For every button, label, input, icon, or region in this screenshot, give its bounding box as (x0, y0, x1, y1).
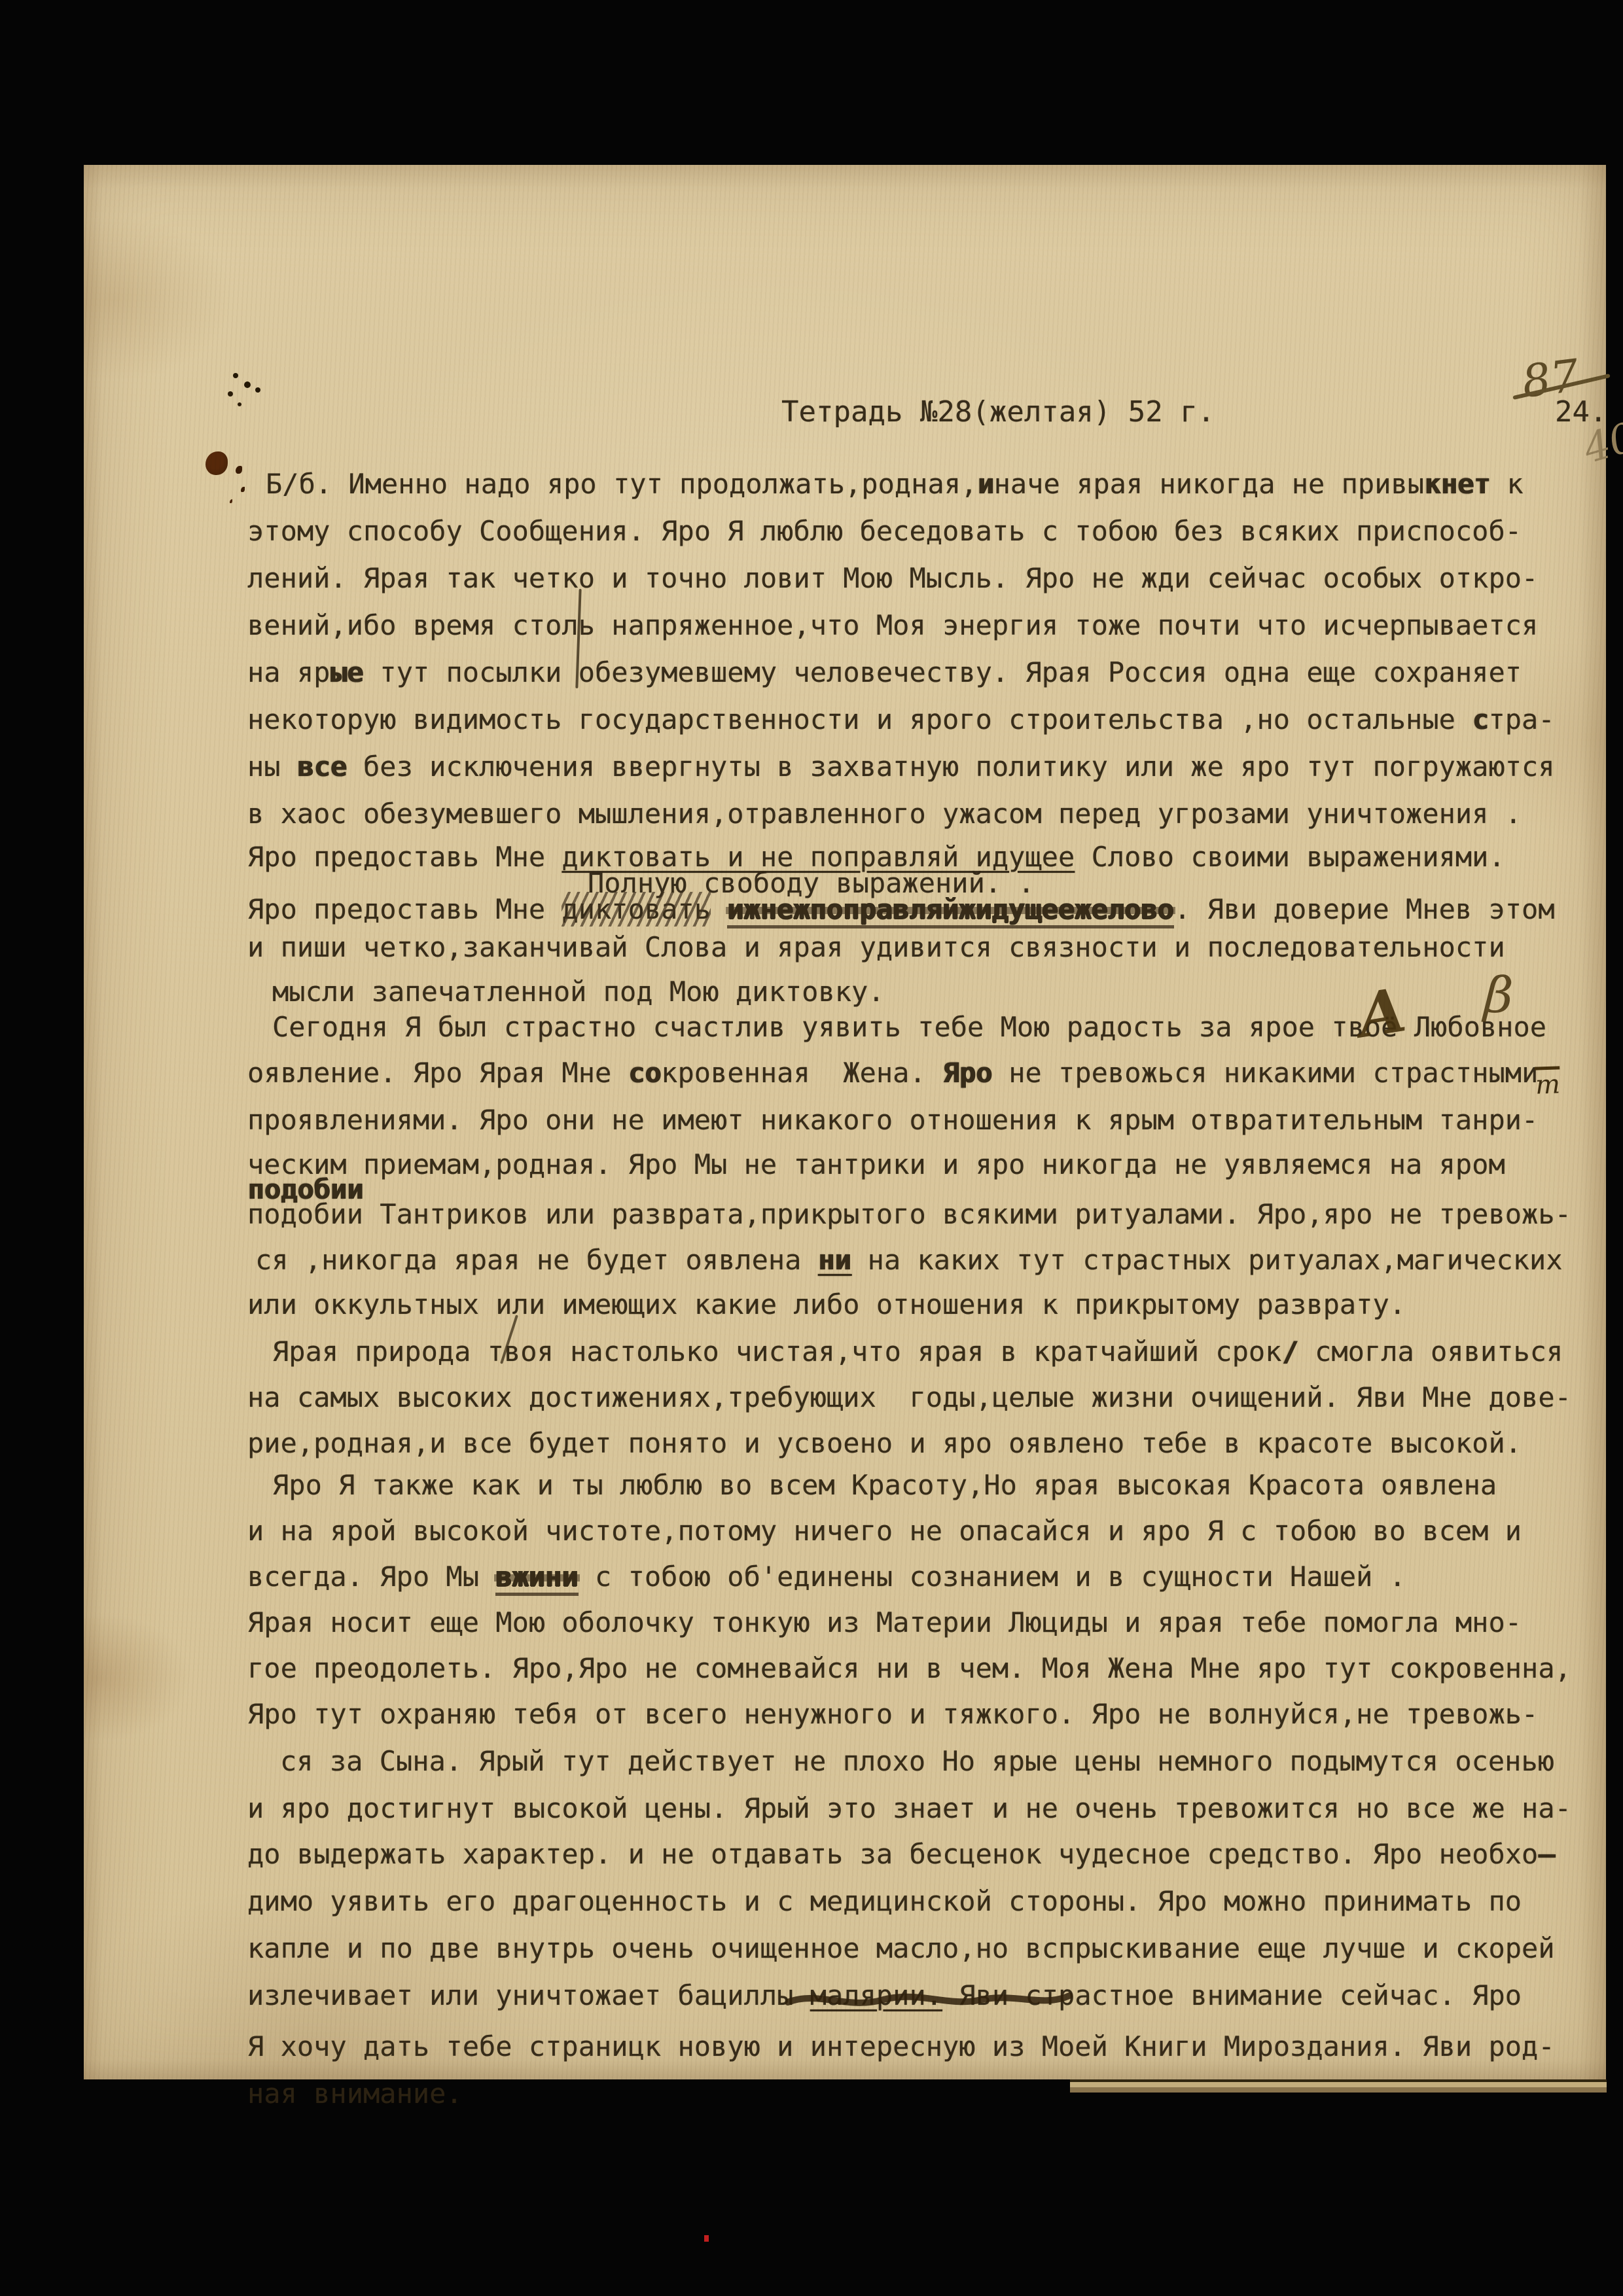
typed-segment: Я хочу дать тебе страницк новую и интере… (247, 2030, 1555, 2062)
typed-segment: на яр (247, 656, 330, 688)
typed-line-7: ны все без исключения ввергнуты в захват… (247, 750, 1555, 784)
typed-segment: без исключения ввергнуты в захватную пол… (347, 751, 1555, 783)
typed-segment: ная внимание. (247, 2077, 463, 2110)
typed-segment-sl: диктовать (562, 893, 711, 925)
typed-segment: некоторую видимость государственности и … (247, 703, 1472, 735)
handwritten-correction-letter: β (1483, 965, 1515, 1025)
typed-segment: вений,ибо время столь напряженное,что Мо… (247, 609, 1538, 641)
typed-line-2: этому способу Сообщения. Яро Я люблю бес… (247, 514, 1522, 548)
typed-segment: Яро предоставь Мне (247, 841, 562, 873)
typed-line-27: всегда. Яро Мы вжини с тобою об'единены … (247, 1560, 1406, 1594)
typed-segment-ot: — (1538, 1838, 1554, 1870)
typed-segment: тут посылки обезумевшему человечеству. Я… (363, 656, 1522, 688)
typed-segment: Яро предоставь Мне (247, 893, 562, 925)
red-ink-speck (704, 2235, 709, 2242)
typed-segment-ot: ые (330, 656, 363, 688)
typed-segment: Б/б. Именно надо яро тут продолжать,родн… (266, 468, 977, 500)
typed-segment: всегда. Яро Мы (247, 1561, 495, 1593)
typed-line-22: Ярая природа твоя настолько чистая,что я… (272, 1335, 1563, 1369)
typed-segment: проявлениями. Яро они не имеют никакого … (247, 1104, 1538, 1136)
handwritten-crossed-number: 87 (1520, 350, 1582, 408)
typed-segment: смогла оявиться (1298, 1335, 1563, 1368)
typed-segment: гое преодолеть. Яро,Яро не сомневайся ни… (247, 1652, 1571, 1684)
underlying-page-edge (1070, 2079, 1607, 2093)
page-title: Тетрадь №28(желтая) 52 г. (781, 395, 1215, 429)
typed-segment-ot: Яро (942, 1057, 992, 1089)
typed-segment-ot: с (1472, 703, 1488, 735)
typed-line-33: до выдержать характер. и не отдавать за … (247, 1837, 1555, 1871)
typed-segment-ot: со (628, 1057, 662, 1089)
typed-segment: ческим приемам,родная. Яро Мы не тантрик… (247, 1148, 1505, 1180)
typed-line-1: Б/б. Именно надо яро тут продолжать,родн… (266, 467, 1524, 501)
typed-segment: излечивает или уничтожает бациллы (247, 1979, 810, 2011)
typed-line-4: вений,ибо время столь напряженное,что Мо… (247, 609, 1538, 643)
typed-line-26: и на ярой высокой чистоте,потому ничего … (247, 1514, 1522, 1548)
typed-line-38: ная внимание. (247, 2077, 463, 2111)
typed-line-37: Я хочу дать тебе страницк новую и интере… (247, 2030, 1555, 2064)
handwritten-wavy-underline (785, 1988, 1073, 2014)
typed-line-13: мысли запечатленной под Мою диктовку. (272, 975, 885, 1009)
typed-line-34: димо уявить его драгоценность и с медици… (247, 1884, 1522, 1918)
typed-segment: ся за Сына. Ярый тут действует не плохо … (280, 1745, 1554, 1777)
typed-segment-ot-u: ни (818, 1244, 851, 1276)
typed-line-19: подобии Тантриков или разврата,прикрытог… (247, 1197, 1571, 1231)
typed-segment: ны (247, 751, 297, 783)
typed-line-15: оявление. Яро Ярая Мне сокровенная Жена.… (247, 1056, 1538, 1090)
typed-segment: подобии Тантриков или разврата,прикрытог… (247, 1198, 1571, 1230)
handwritten-inserted-letter: т (1535, 1066, 1561, 1100)
typed-segment: или оккультных или имеющих какие либо от… (247, 1288, 1406, 1320)
typed-segment-ob: ижнежпоправляйжидущеежелово (727, 893, 1174, 928)
typed-segment: Яро тут охраняю тебя от всего ненужного … (247, 1698, 1538, 1730)
typed-segment: наче ярая никогда не привы (994, 468, 1424, 500)
typed-segment: этому способу Сообщения. Яро Я люблю бес… (247, 515, 1522, 547)
typed-line-5: на ярые тут посылки обезумевшему человеч… (247, 656, 1522, 690)
typed-line-21: или оккультных или имеющих какие либо от… (247, 1288, 1406, 1322)
typed-segment: и на ярой высокой чистоте,потому ничего … (247, 1515, 1522, 1547)
typed-segment: лений. Ярая так четко и точно ловит Мою … (247, 562, 1538, 594)
ink-dots-mark (233, 373, 238, 378)
typed-line-24: рие,родная,и все будет понято и усвоено … (247, 1426, 1522, 1460)
typed-line-16: проявлениями. Яро они не имеют никакого … (247, 1103, 1538, 1137)
typed-line-25: Яро Я также как и ты люблю во всем Красо… (272, 1468, 1497, 1502)
typed-segment: на самых высоких достижениях,требующих г… (247, 1381, 1571, 1413)
typed-segment-ot: все (297, 751, 347, 783)
typed-segment: ся ,никогда ярая не будет оявлена (255, 1244, 818, 1276)
typed-segment-ob: вжини (495, 1561, 578, 1596)
typed-segment-ot: и (977, 468, 993, 500)
typed-segment-ot: / (1281, 1335, 1298, 1368)
typed-segment: до выдержать характер. и не отдавать за … (247, 1838, 1538, 1870)
typed-segment: к (1490, 468, 1524, 500)
typed-segment: на каких тут страстных ритуалах,магическ… (851, 1244, 1562, 1276)
typed-line-30: Яро тут охраняю тебя от всего ненужного … (247, 1697, 1538, 1731)
typed-segment: кровенная Жена. (661, 1057, 942, 1089)
typed-line-8: в хаос обезумевшего мышления,отравленног… (247, 797, 1522, 831)
typed-line-32: и яро достигнут высокой цены. Ярый это з… (247, 1792, 1571, 1826)
paper-sheet: Тетрадь №28(желтая) 52 г. 24. 87 40 Б/б.… (84, 165, 1606, 2079)
typed-line-35: капле и по две внутрь очень очищенное ма… (247, 1932, 1555, 1966)
typed-segment: тра- (1488, 703, 1554, 735)
typed-segment: в хаос обезумевшего мышления,отравленног… (247, 798, 1522, 830)
typed-line-3: лений. Ярая так четко и точно ловит Мою … (247, 561, 1538, 595)
typed-line-20: ся ,никогда ярая не будет оявлена ни на … (255, 1243, 1563, 1277)
typed-segment: и пиши четко,заканчивай Слова и ярая уди… (247, 931, 1505, 963)
typed-segment: и яро достигнут высокой цены. Ярый это з… (247, 1792, 1571, 1824)
typed-segment: Яро Я также как и ты люблю во всем Красо… (272, 1469, 1497, 1501)
typed-segment: Ярая природа твоя настолько чистая,что я… (272, 1335, 1281, 1368)
typed-segment: с тобою об'единены сознанием и в сущност… (579, 1561, 1406, 1593)
handwritten-correction-letter: А (1352, 974, 1412, 1051)
ink-blot-stain (205, 451, 228, 475)
typed-segment: мысли запечатленной под Мою диктовку. (272, 976, 885, 1008)
typed-line-12: и пиши четко,заканчивай Слова и ярая уди… (247, 930, 1505, 964)
typed-segment: не тревожься никакими страстными (992, 1057, 1538, 1089)
typed-line-17: ческим приемам,родная. Яро Мы не тантрик… (247, 1148, 1505, 1182)
typed-segment: оявление. Яро Ярая Мне (247, 1057, 628, 1089)
typed-segment: димо уявить его драгоценность и с медици… (247, 1885, 1522, 1917)
typed-line-11: Яро предоставь Мне диктовать ижнежпоправ… (247, 892, 1555, 927)
typed-segment: . Яви доверие Мнев этом (1174, 893, 1555, 925)
typed-line-6: некоторую видимость государственности и … (247, 703, 1555, 737)
typed-line-28: Ярая носит еще Мою оболочку тонкую из Ма… (247, 1606, 1522, 1640)
typed-line-31: ся за Сына. Ярый тут действует не плохо … (280, 1744, 1554, 1778)
typed-segment: рие,родная,и все будет понято и усвоено … (247, 1427, 1522, 1459)
scanned-page-photo: Тетрадь №28(желтая) 52 г. 24. 87 40 Б/б.… (0, 0, 1623, 2296)
typed-segment: капле и по две внутрь очень очищенное ма… (247, 1932, 1555, 1964)
typed-line-14: Сегодня Я был страстно счастлив уявить т… (272, 1010, 1546, 1044)
typed-segment-ot: кнет (1424, 468, 1490, 500)
typed-segment: Сегодня Я был страстно счастлив уявить т… (272, 1011, 1546, 1043)
typed-line-23: на самых высоких достижениях,требующих г… (247, 1381, 1571, 1415)
typed-line-29: гое преодолеть. Яро,Яро не сомневайся ни… (247, 1651, 1571, 1686)
typed-segment: Ярая носит еще Мою оболочку тонкую из Ма… (247, 1606, 1522, 1638)
typed-segment (711, 893, 727, 925)
typed-segment: Слово своими выражениями. (1075, 841, 1505, 873)
